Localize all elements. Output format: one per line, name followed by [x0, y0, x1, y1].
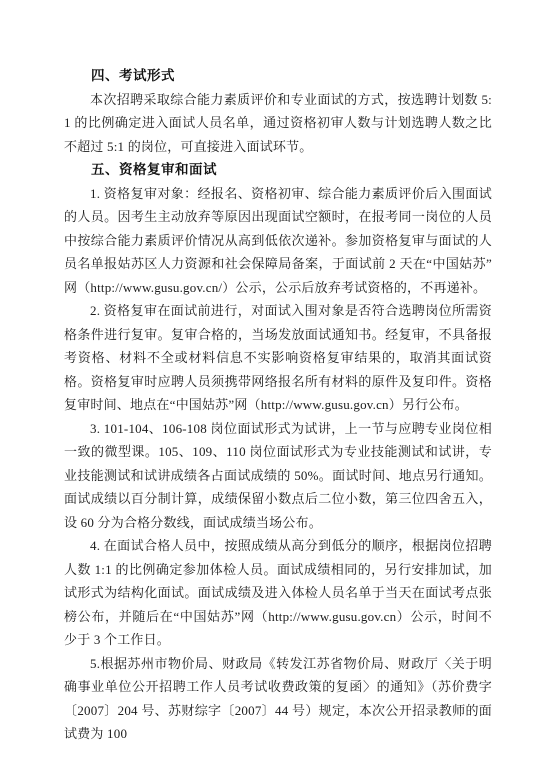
section-heading-exam-format: 四、考试形式 [64, 64, 492, 88]
paragraph-item-3: 3. 101-104、106-108 岗位面试形式为试讲，上一节与应聘专业岗位相… [64, 417, 492, 535]
paragraph-item-2: 2. 资格复审在面试前进行，对面试入围对象是否符合选聘岗位所需资格条件进行复审。… [64, 299, 492, 417]
document-body: 四、考试形式 本次招聘采取综合能力素质评价和专业面试的方式，按选聘计划数 5:1… [64, 64, 492, 746]
paragraph-item-5: 5.根据苏州市物价局、财政局《转发江苏省物价局、财政厅〈关于明确事业单位公开招聘… [64, 652, 492, 746]
paragraph-item-1: 1. 资格复审对象：经报名、资格初审、综合能力素质评价后入围面试的人员。因考生主… [64, 182, 492, 300]
paragraph-item-4: 4. 在面试合格人员中，按照成绩从高分到低分的顺序，根据岗位招聘人数 1:1 的… [64, 534, 492, 652]
document-page: 四、考试形式 本次招聘采取综合能力素质评价和专业面试的方式，按选聘计划数 5:1… [0, 0, 554, 784]
section-heading-qualification-review: 五、资格复审和面试 [64, 158, 492, 182]
paragraph-exam-format: 本次招聘采取综合能力素质评价和专业面试的方式，按选聘计划数 5:1 的比例确定进… [64, 88, 492, 159]
